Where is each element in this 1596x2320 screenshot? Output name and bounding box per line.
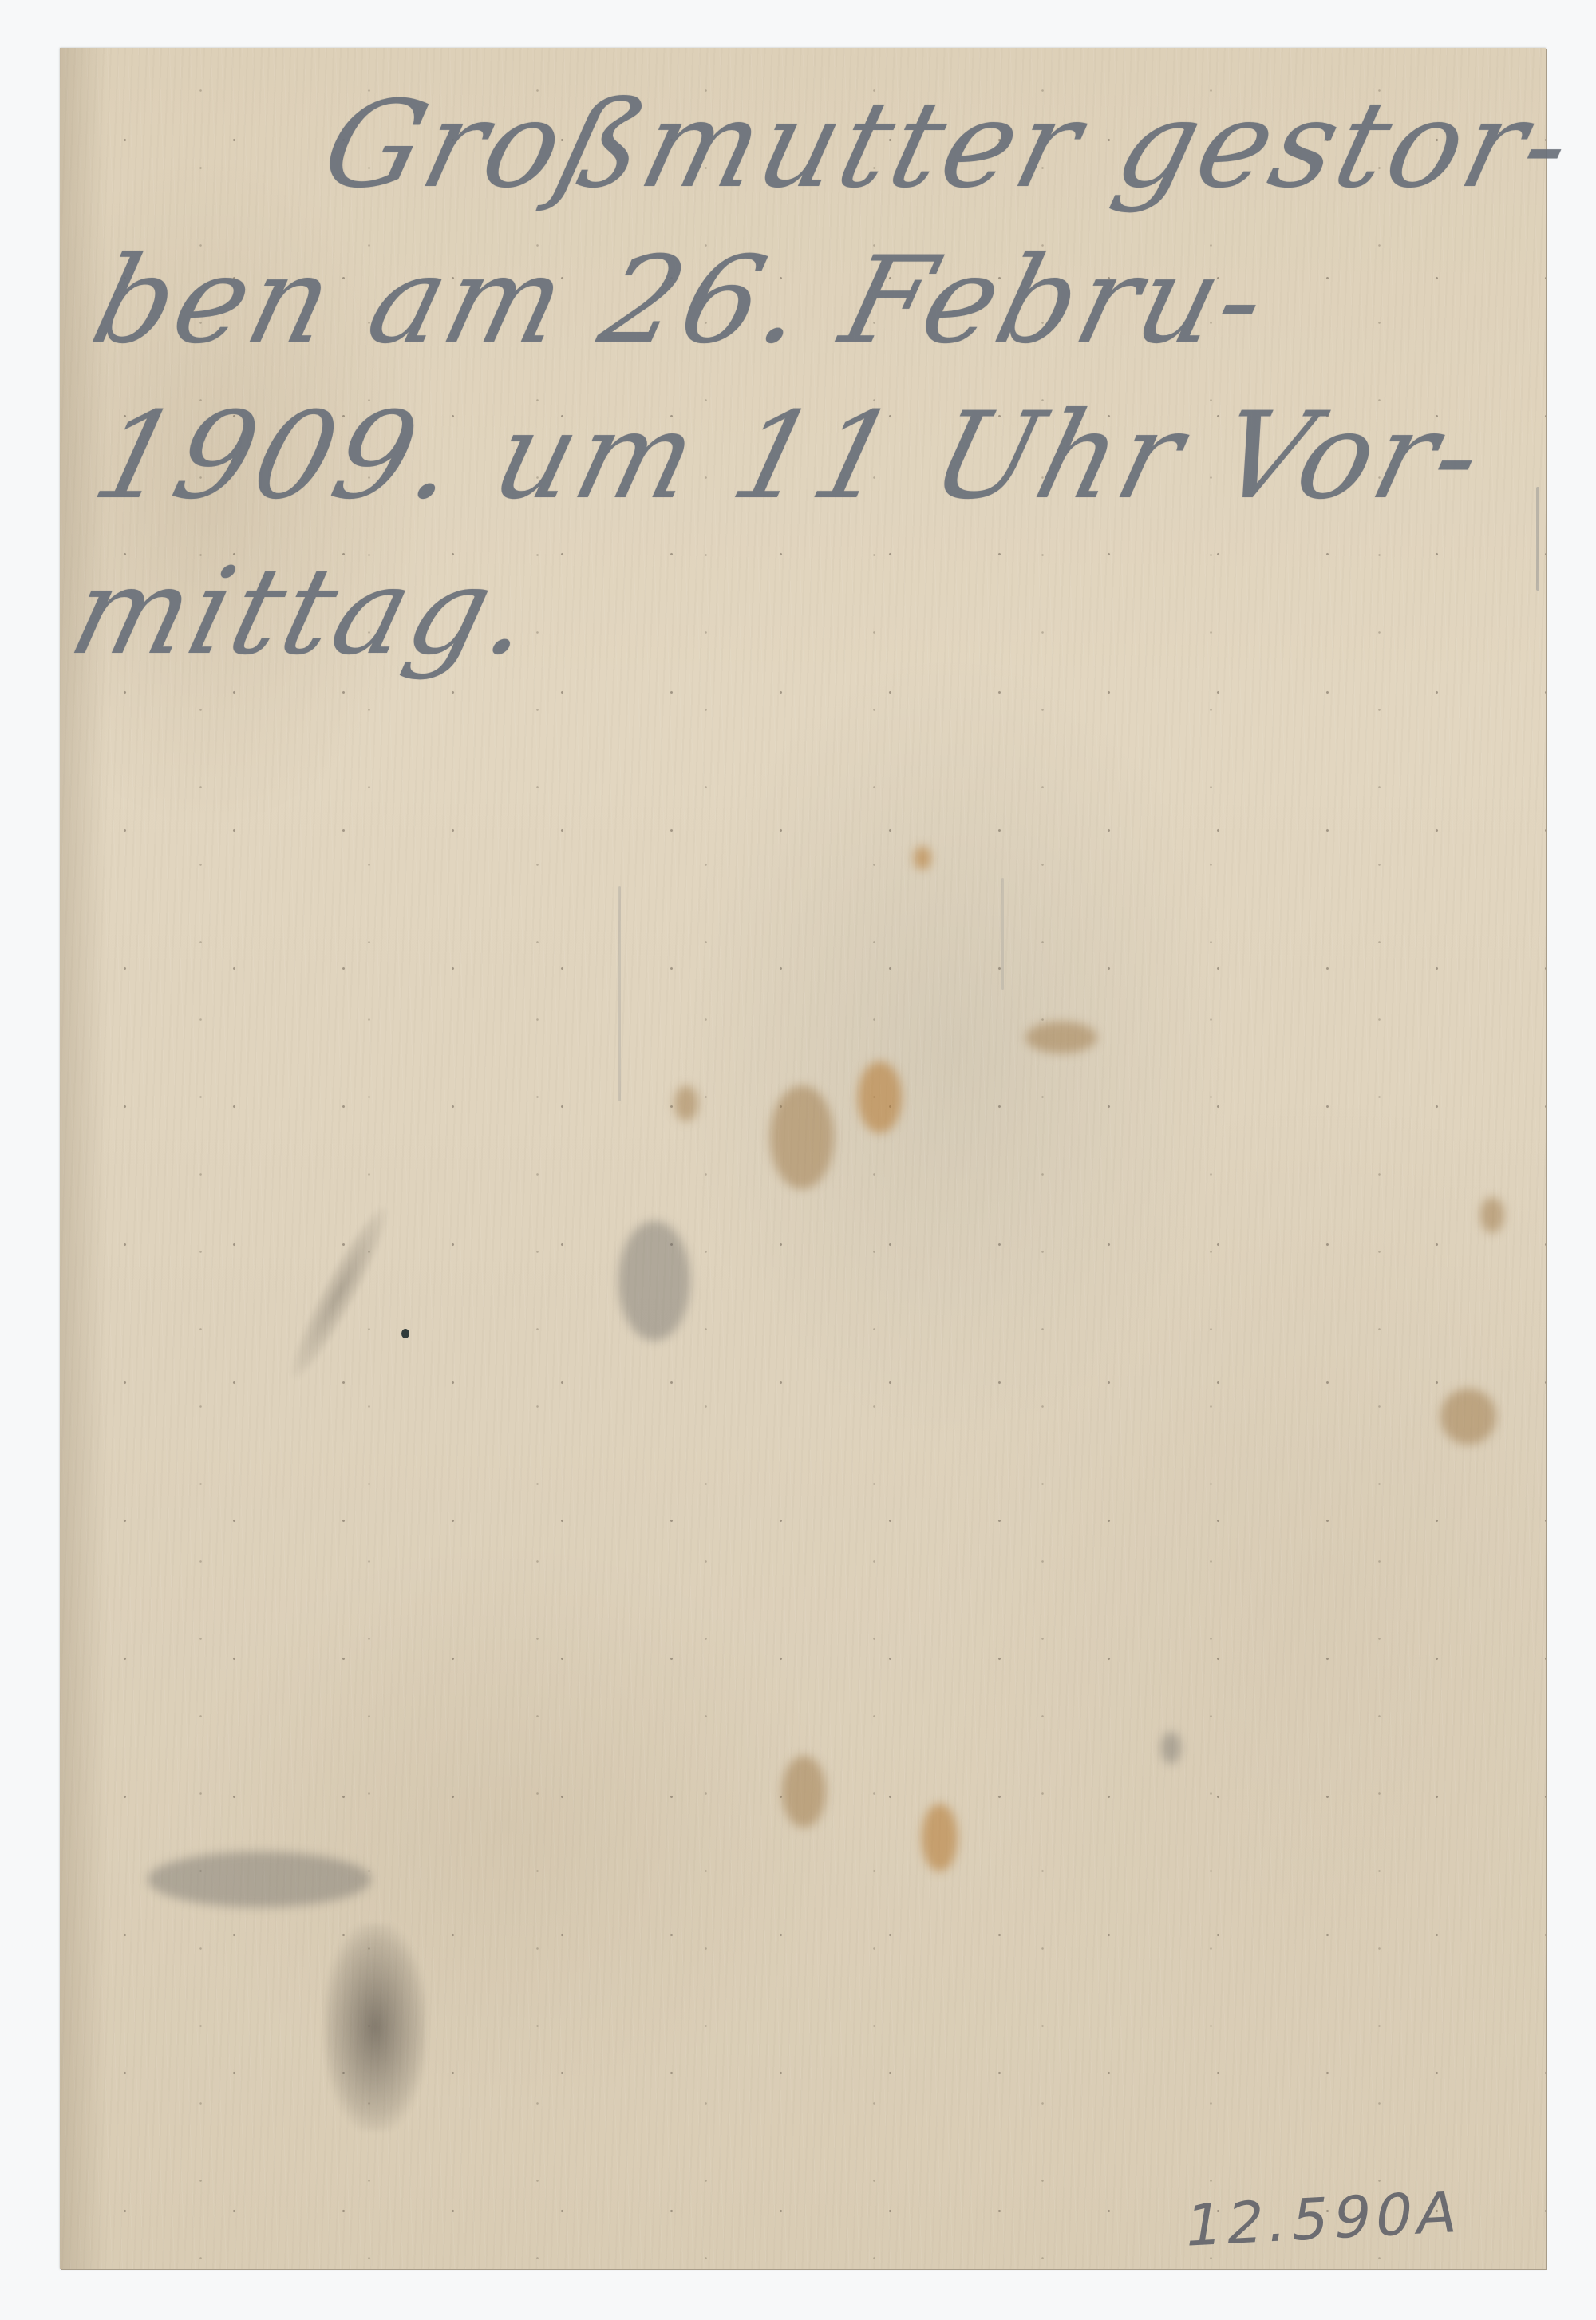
pencil-stroke	[1536, 487, 1539, 591]
stain	[770, 1085, 834, 1189]
stain	[782, 1756, 826, 1828]
handwriting-line: ben am 26. Febru-	[30, 223, 1450, 379]
handwriting-line: Großmutter gestor-	[69, 68, 1488, 223]
dark-dot	[401, 1329, 409, 1338]
stain	[618, 1221, 690, 1341]
pencil-stroke	[618, 886, 621, 1101]
stain	[148, 1852, 371, 1907]
pencil-smudge	[323, 1923, 427, 2131]
handwritten-note: Großmutter gestor- ben am 26. Febru- 190…	[0, 68, 1488, 690]
stain	[674, 1085, 698, 1121]
pencil-stroke	[1001, 878, 1004, 990]
rust-stain	[914, 846, 931, 870]
stain	[1161, 1732, 1181, 1764]
stain	[1025, 1022, 1097, 1053]
stain	[1440, 1389, 1496, 1445]
handwriting-line: mittag.	[0, 535, 1372, 690]
pencil-smudge	[280, 1201, 398, 1385]
rust-stain	[922, 1804, 958, 1871]
rust-stain	[858, 1061, 902, 1133]
handwriting-line: 1909. um 11 Uhr Vor-	[0, 379, 1411, 535]
stain	[1480, 1197, 1504, 1233]
